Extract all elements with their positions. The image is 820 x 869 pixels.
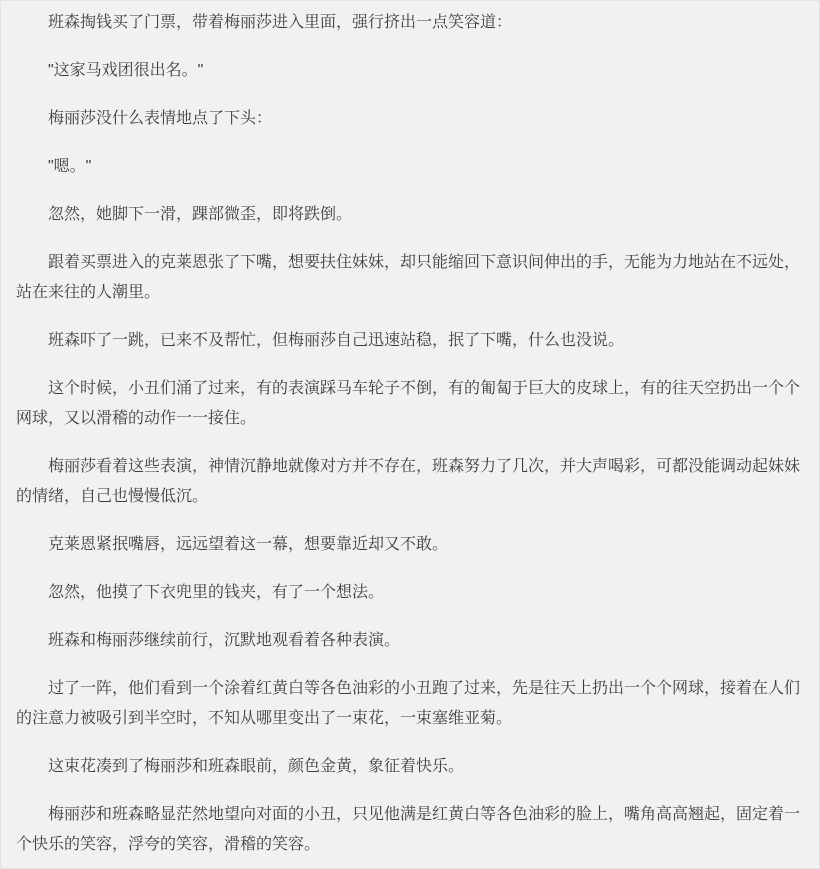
- paragraph: 跟着买票进入的克莱恩张了下嘴，想要扶住妹妹，却只能缩回下意识间伸出的手，无能为力…: [16, 248, 804, 308]
- paragraph: 梅丽莎没什么表情地点了下头：: [16, 104, 804, 134]
- paragraph-dialogue: "这家马戏团很出名。": [16, 56, 804, 86]
- paragraph: 克莱恩紧抿嘴唇，远远望着这一幕，想要靠近却又不敢。: [16, 530, 804, 560]
- paragraph: 班森和梅丽莎继续前行，沉默地观看着各种表演。: [16, 626, 804, 656]
- paragraph-dialogue: "嗯。": [16, 152, 804, 182]
- paragraph: 梅丽莎看着这些表演，神情沉静地就像对方并不存在，班森努力了几次，并大声喝彩，可都…: [16, 452, 804, 512]
- paragraph: 忽然，她脚下一滑，踝部微歪，即将跌倒。: [16, 200, 804, 230]
- paragraph: 过了一阵，他们看到一个涂着红黄白等各色油彩的小丑跑了过来，先是往天上扔出一个个网…: [16, 674, 804, 734]
- paragraph: 忽然，他摸了下衣兜里的钱夹，有了一个想法。: [16, 578, 804, 608]
- novel-reader-page: 班森掏钱买了门票，带着梅丽莎进入里面，强行挤出一点笑容道： "这家马戏团很出名。…: [0, 0, 820, 869]
- paragraph: 梅丽莎和班森略显茫然地望向对面的小丑，只见他满是红黄白等各色油彩的脸上，嘴角高高…: [16, 800, 804, 860]
- paragraph: 班森掏钱买了门票，带着梅丽莎进入里面，强行挤出一点笑容道：: [16, 8, 804, 38]
- paragraph: 班森吓了一跳，已来不及帮忙，但梅丽莎自己迅速站稳，抿了下嘴，什么也没说。: [16, 326, 804, 356]
- paragraph: 这个时候，小丑们涌了过来，有的表演踩马车轮子不倒，有的匍匐于巨大的皮球上，有的往…: [16, 374, 804, 434]
- paragraph: 这束花凑到了梅丽莎和班森眼前，颜色金黄，象征着快乐。: [16, 752, 804, 782]
